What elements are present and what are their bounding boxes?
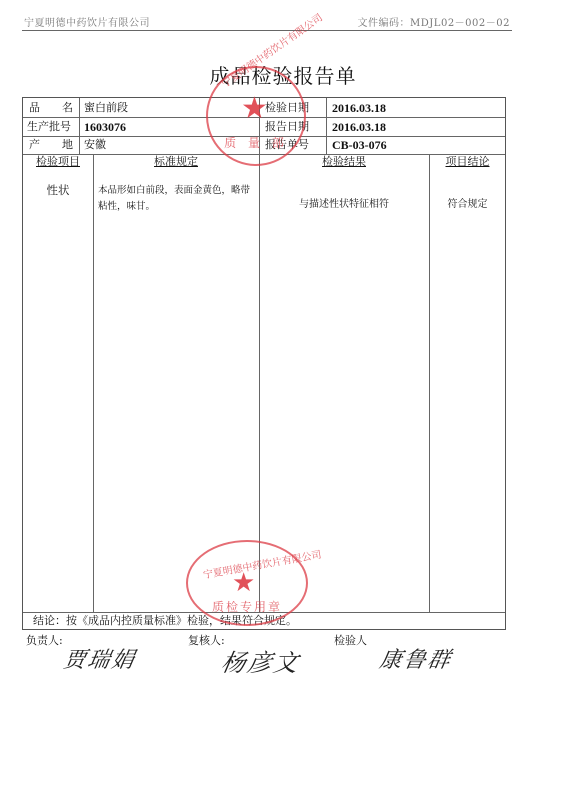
row-conclusion: 符合规定: [429, 196, 506, 214]
batch-label: 生产批号: [27, 118, 71, 136]
inspector-label: 检验人: [334, 632, 367, 648]
responsible-label: 负责人:: [26, 632, 63, 648]
inspect-date-value: 2016.03.18: [332, 99, 386, 117]
row-item: 性状: [23, 181, 93, 199]
report-number-value: CB-03-076: [332, 136, 387, 154]
product-name-value: 蜜白前段: [84, 99, 128, 117]
report-table: 品名 蜜白前段 检验日期 2016.03.18 生产批号 1603076 报告日…: [22, 97, 506, 630]
company-header: 宁夏明德中药饮片有限公司: [24, 14, 150, 29]
column-header-conclusion: 项目结论: [429, 153, 506, 171]
inspector-signature: 康鲁群: [377, 643, 454, 674]
report-date-value: 2016.03.18: [332, 118, 386, 136]
overall-conclusion: 结论：按《成品内控质量标准》检验，结果符合规定。: [33, 612, 297, 630]
row-result: 与描述性状特征相符: [259, 196, 429, 214]
column-header-item: 检验项目: [23, 153, 93, 171]
responsible-signature: 贾瑞娟: [61, 643, 138, 674]
page-title: 成品检验报告单: [0, 60, 566, 89]
reviewer-label: 复核人:: [188, 632, 225, 648]
report-date-label: 报告日期: [265, 118, 309, 136]
batch-value: 1603076: [84, 118, 126, 136]
product-name-label: 品名: [29, 99, 73, 117]
row-standard: 本品形如白前段，表面金黄色，略带粘性，味甘。: [98, 183, 256, 215]
column-header-result: 检验结果: [259, 153, 429, 171]
document-number: 文件编码：MDJL02－002－02: [358, 14, 510, 29]
origin-value: 安徽: [84, 136, 106, 154]
inspect-date-label: 检验日期: [265, 99, 309, 117]
origin-label: 产地: [29, 136, 73, 154]
report-number-label: 报告单号: [265, 136, 309, 154]
header-divider: [22, 30, 512, 31]
column-header-standard: 标准规定: [93, 153, 259, 171]
reviewer-signature: 杨彦文: [219, 643, 303, 678]
